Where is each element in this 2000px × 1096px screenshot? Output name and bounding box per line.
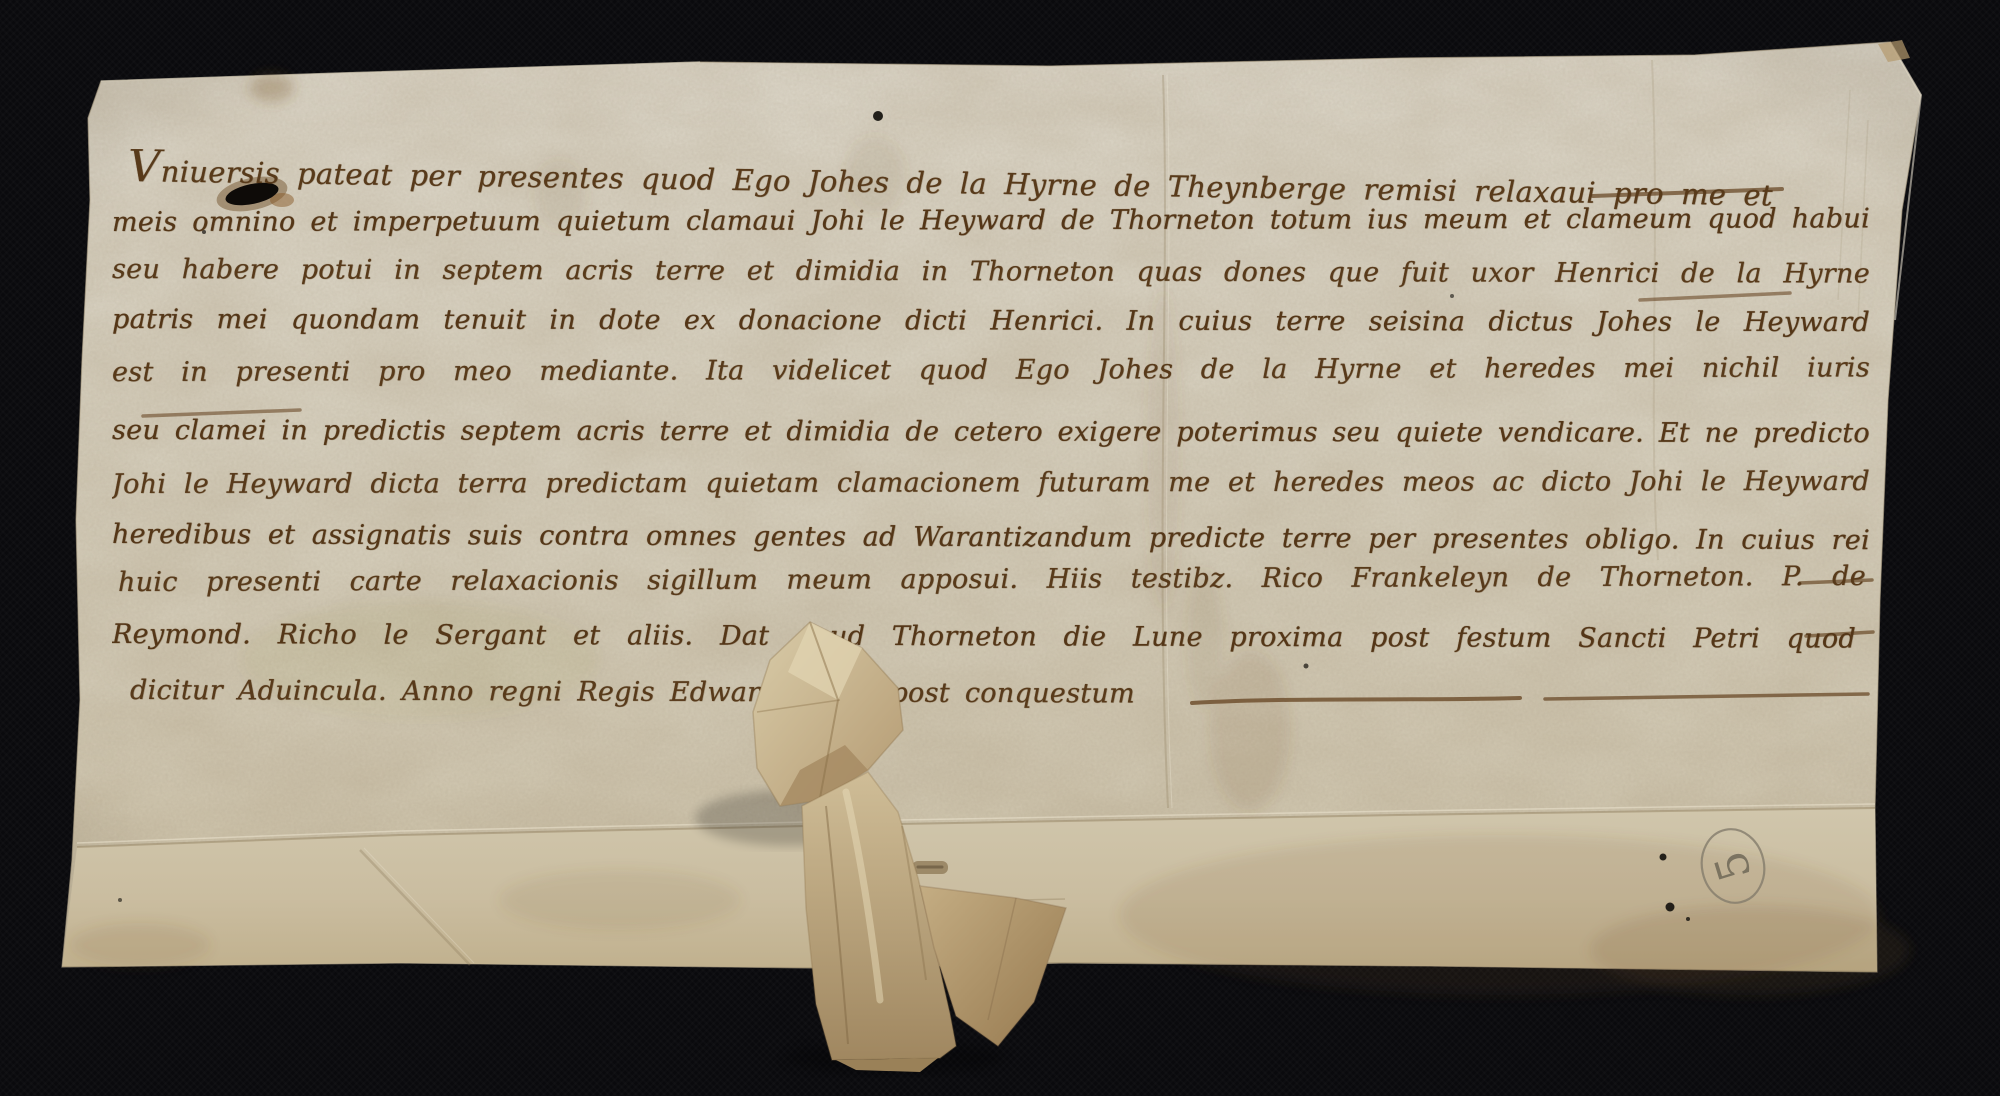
- tag-knot: [753, 622, 903, 806]
- seal-tag: [0, 0, 2000, 1096]
- photo-backdrop: 5 Vniuersis pateat per presentes quod Eg…: [0, 0, 2000, 1096]
